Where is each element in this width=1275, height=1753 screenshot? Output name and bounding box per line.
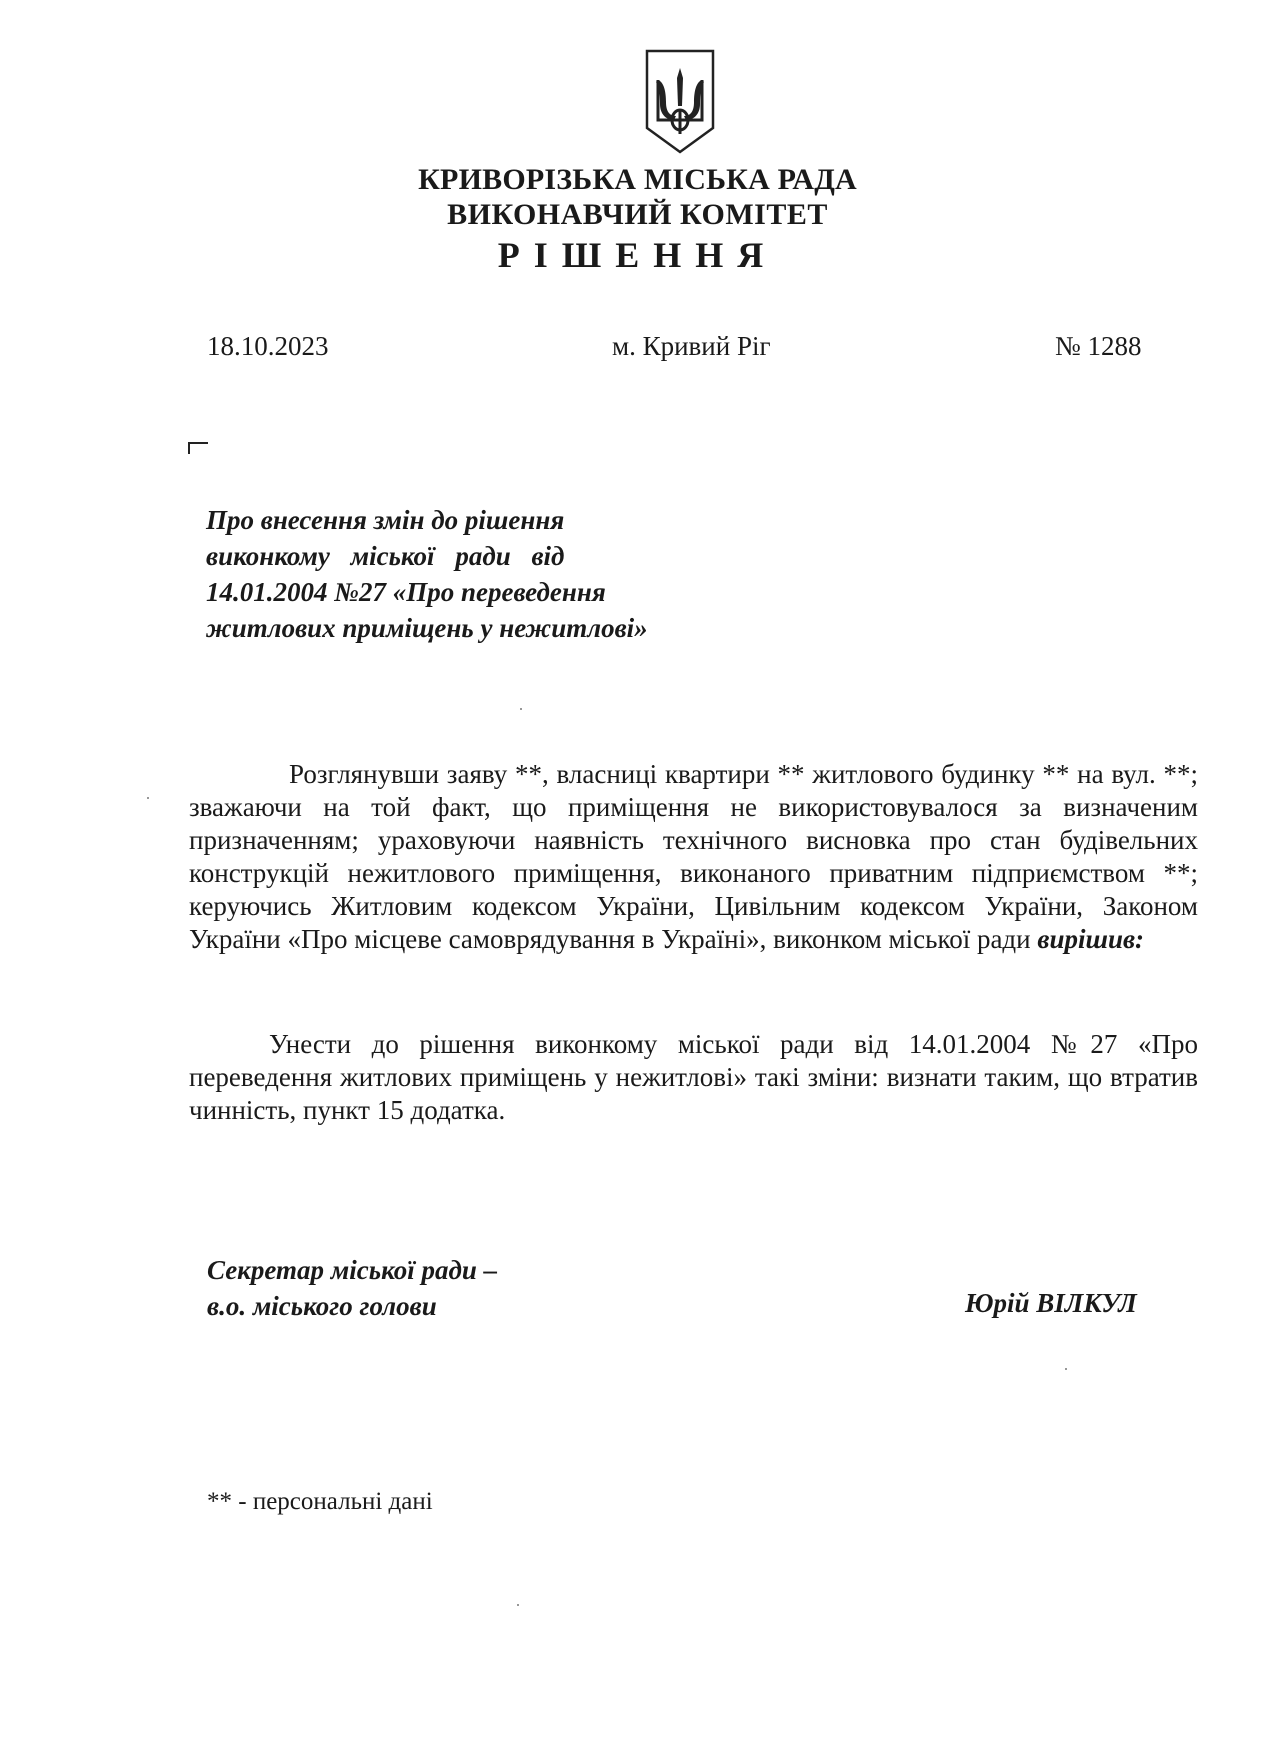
footnote: ** - персональні дані xyxy=(207,1488,433,1516)
document-number: № 1288 xyxy=(1055,331,1142,362)
position-line-1: Секретар міської ради – xyxy=(207,1252,497,1288)
organization-name: КРИВОРІЗЬКА МІСЬКА РАДА xyxy=(0,163,1275,197)
document-city: м. Кривий Ріг xyxy=(612,331,771,362)
scan-speck xyxy=(1065,1368,1067,1370)
document-title: Про внесення змін до рішення виконкому м… xyxy=(206,502,766,646)
scan-speck xyxy=(517,1604,519,1606)
title-line: виконкому міської ради від xyxy=(206,538,766,574)
scan-speck xyxy=(147,797,149,799)
document-date: 18.10.2023 xyxy=(207,331,329,362)
signatory-position: Секретар міської ради – в.о. міського го… xyxy=(207,1252,497,1324)
decision-word: вирішив: xyxy=(1037,924,1144,954)
committee-name: ВИКОНАВЧИЙ КОМІТЕТ xyxy=(0,198,1275,232)
title-line: 14.01.2004 №27 «Про переведення xyxy=(206,574,766,610)
document-type: РІШЕННЯ xyxy=(0,234,1275,276)
signatory-name: Юрій ВІЛКУЛ xyxy=(965,1288,1137,1319)
title-line: житлових приміщень у нежитлові» xyxy=(206,610,766,646)
preamble-paragraph: Розглянувши заяву **, власниці квартири … xyxy=(189,758,1198,956)
scan-speck xyxy=(520,708,522,710)
decision-paragraph: Унести до рішення виконкому міської ради… xyxy=(189,1028,1198,1127)
title-corner-mark xyxy=(188,442,208,454)
trident-coat-of-arms-icon xyxy=(644,48,716,156)
title-line: Про внесення змін до рішення xyxy=(206,502,766,538)
decision-text: Унести до рішення виконкому міської ради… xyxy=(189,1029,1198,1125)
position-line-2: в.о. міського голови xyxy=(207,1288,497,1324)
